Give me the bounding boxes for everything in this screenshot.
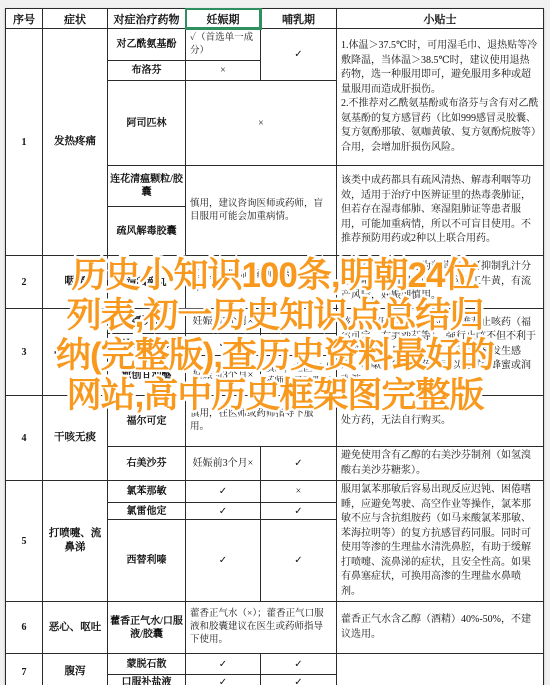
symptom: 咽痛 [43, 256, 108, 309]
symptom: 干咳无痰 [43, 396, 108, 481]
tip-text: 避免使用含有乙醇的右美沙芬制剂（如氢溴酸右美沙芬糖浆）。 [337, 447, 544, 481]
drug-name: 愈创甘油醚 [108, 356, 186, 396]
drug-name: 连花清瘟颗粒/胶囊 [108, 166, 186, 207]
pregnancy-status: ✓ [186, 654, 261, 675]
col-symptom: 症状 [43, 9, 108, 29]
drug-name: 西替利嗪 [108, 520, 186, 602]
row-number: 1 [6, 29, 43, 256]
symptom: 打喷嚏、流鼻涕 [43, 481, 108, 602]
table-row: 6恶心、呕吐藿香正气水/口服液/胶囊藿香正气水（×）；藿香正气口服液和胶囊建议在… [6, 602, 544, 654]
col-index: 序号 [6, 9, 43, 29]
pregnancy-lactation-status: × [186, 81, 337, 166]
medication-table: 序号症状对症治疗药物妊娠期哺乳期小贴士 1发热疼痛对乙酰氨基酚✓（首选单一成分）… [5, 8, 544, 685]
lactation-status: ✓ [261, 654, 337, 675]
pregnancy-status: ✓ [186, 675, 261, 685]
pregnancy-status: ✓（首选单一成分） [186, 29, 261, 61]
table-row: 7腹泻蒙脱石散✓✓ [6, 654, 544, 675]
drug-name: 布洛芬 [108, 61, 186, 81]
drug-name: 氨溴索 [108, 309, 186, 334]
table-row: 1发热疼痛对乙酰氨基酚✓（首选单一成分）✓1.体温＞37.5℃时，可用湿毛巾、退… [6, 29, 544, 61]
drug-name: 右美沙芬 [108, 447, 186, 481]
lactation-status: ✓ [261, 447, 337, 481]
lactation-status: ✓ [261, 503, 337, 520]
table-row: 5打喷嚏、流鼻涕氯苯那敏✓×服用氯苯那敏后容易出现反应迟钝、困倦嗜睡，应避免驾驶… [6, 481, 544, 503]
symptom: 腹泻 [43, 654, 108, 685]
pregnancy-lactation-status: 慎用，建议咨询医师或药师，盲目服用可能会加重病情。 [186, 166, 337, 256]
pregnancy-status: 妊娠前3个月× [186, 356, 261, 396]
pregnancy-status: ✓ [186, 520, 261, 602]
tip-text: 藿香正气水含乙醇（酒精）40%-50%，不建议选用。 [337, 602, 544, 654]
drug-name: 氯苯那敏 [108, 481, 186, 503]
lactation-status: 慎用，在医师或药师指导下服用 [261, 356, 337, 396]
table-body: 1发热疼痛对乙酰氨基酚✓（首选单一成分）✓1.体温＞37.5℃时，可用湿毛巾、退… [6, 29, 544, 685]
drug-name: 对乙酰氨基酚 [108, 29, 186, 61]
drug-name: 疏风解毒胶囊 [108, 207, 186, 256]
col-drug: 对症治疗药物 [108, 9, 186, 29]
row-number: 7 [6, 654, 43, 685]
pregnancy-lactation-status: 慎用，在医师或药师指导下服用。 [186, 256, 337, 309]
pregnancy-status: ✓ [186, 481, 261, 503]
lactation-status: ✓ [261, 309, 337, 334]
col-lactation: 哺乳期 [261, 9, 337, 29]
drug-name: 阿司匹林 [108, 81, 186, 166]
symptom: 咳嗽有痰 [43, 309, 108, 396]
pregnancy-status: ✓ [186, 334, 261, 356]
pregnancy-lactation-status: 慎用，在医师或药师指导下服用。 [186, 396, 337, 447]
tip-text: 1.体温＞37.5℃时，可用湿毛巾、退热贴等冷敷降温，当体温＞38.5℃时，建议… [337, 29, 544, 166]
row-number: 3 [6, 309, 43, 396]
drug-name: 氯雷他定 [108, 503, 186, 520]
tip-text: 处方药，无法自行购买。 [337, 396, 544, 447]
tip-text: 清咽滴丸主要成分为薄荷脑，可抑制乳汁分泌，哺乳期慎用；此外还含人工牛黄，有流产风… [337, 256, 544, 309]
drug-name: 福尔可定 [108, 396, 186, 447]
lactation-status: ✓ [261, 520, 337, 602]
table-row: 4干咳无痰福尔可定慎用，在医师或药师指导下服用。处方药，无法自行购买。 [6, 396, 544, 447]
drug-name: 乙酰半胱氨酸 [108, 334, 186, 356]
tip-text: 咳嗽有痰时推荐化痰药，不推荐止咳药（福尔可定、右美沙芬等）。强行止咳不但不利于痰… [337, 309, 544, 396]
row-number: 5 [6, 481, 43, 602]
table-row: 2咽痛清咽滴丸慎用，在医师或药师指导下服用。清咽滴丸主要成分为薄荷脑，可抑制乳汁… [6, 256, 544, 309]
col-tips: 小贴士 [337, 9, 544, 29]
tip-text: 该类中成药都具有疏风清热、解毒利咽等功效，适用于治疗中医辨证里的热毒袭肺证，但若… [337, 166, 544, 256]
drug-name: 藿香正气水/口服液/胶囊 [108, 602, 186, 654]
lactation-status: × [261, 481, 337, 503]
lactation-status: ✓ [261, 675, 337, 685]
row-number: 2 [6, 256, 43, 309]
table-row: 3咳嗽有痰氨溴索妊娠前3个月×✓咳嗽有痰时推荐化痰药，不推荐止咳药（福尔可定、右… [6, 309, 544, 334]
drug-name: 清咽滴丸 [108, 256, 186, 309]
pregnancy-status: × [186, 61, 261, 81]
symptom: 恶心、呕吐 [43, 602, 108, 654]
drug-name: 蒙脱石散 [108, 654, 186, 675]
pregnancy-status: 妊娠前3个月× [186, 447, 261, 481]
screenshot-root: 序号症状对症治疗药物妊娠期哺乳期小贴士 1发热疼痛对乙酰氨基酚✓（首选单一成分）… [0, 0, 550, 685]
lactation-status: ✓ [261, 29, 337, 81]
pregnancy-status: ✓ [186, 503, 261, 520]
pregnancy-lactation-status: 藿香正气水（×）；藿香正气口服液和胶囊建议在医生或药师指导下使用。 [186, 602, 337, 654]
row-number: 4 [6, 396, 43, 481]
drug-name: 口服补盐液 [108, 675, 186, 685]
tip-text [337, 654, 544, 685]
row-number: 6 [6, 602, 43, 654]
col-pregnancy[interactable]: 妊娠期 [186, 9, 261, 29]
lactation-status: ✓ [261, 334, 337, 356]
pregnancy-status: 妊娠前3个月× [186, 309, 261, 334]
symptom: 发热疼痛 [43, 29, 108, 256]
tip-text: 服用氯苯那敏后容易出现反应迟钝、困倦嗜睡，应避免驾驶、高空作业等操作，氯苯那敏不… [337, 481, 544, 602]
header-row: 序号症状对症治疗药物妊娠期哺乳期小贴士 [6, 9, 544, 29]
